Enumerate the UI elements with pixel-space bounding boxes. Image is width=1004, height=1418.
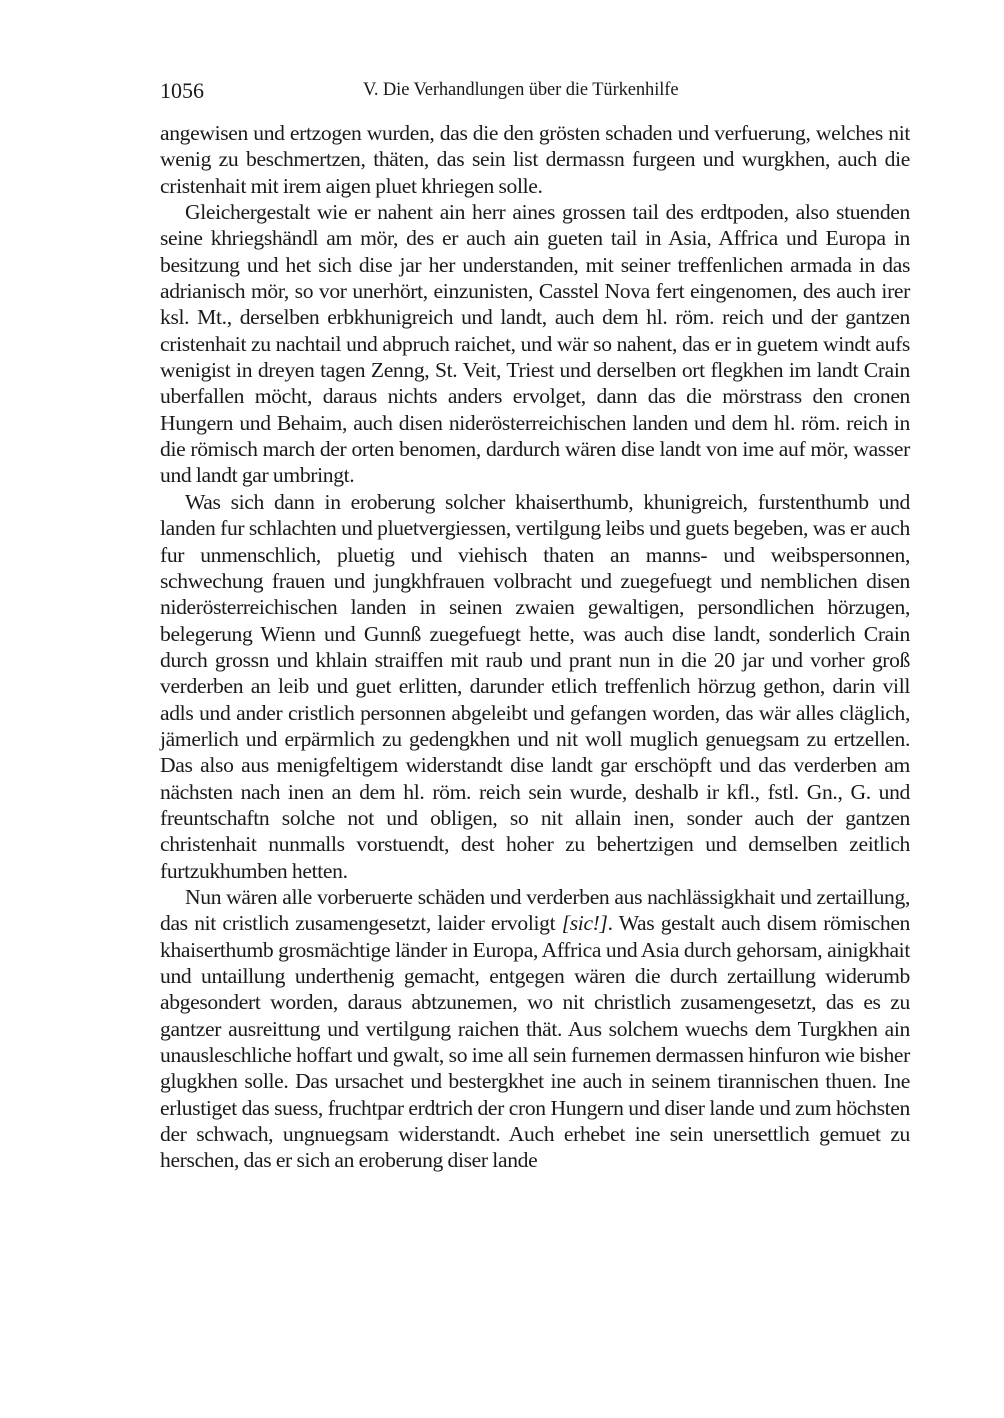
paragraph-text: Was sich dann in eroberung solcher khais… — [160, 490, 910, 883]
paragraph-continued: angewisen und ertzogen wurden, das die d… — [160, 120, 910, 199]
body-text: angewisen und ertzogen wurden, das die d… — [160, 120, 910, 1174]
paragraph: Nun wären alle vorberuerte schäden und v… — [160, 884, 910, 1174]
page-header: 1056 V. Die Verhandlungen über die Türke… — [160, 78, 910, 108]
page-number: 1056 — [160, 78, 204, 104]
editorial-note-sic: [sic!] — [562, 911, 608, 935]
paragraph-text: Gleichergestalt wie er nahent ain herr a… — [160, 200, 910, 487]
paragraph: Was sich dann in eroberung solcher khais… — [160, 489, 910, 884]
paragraph: Gleichergestalt wie er nahent ain herr a… — [160, 199, 910, 489]
paragraph-text: . Was gestalt auch disem römischen khais… — [160, 911, 910, 1172]
running-head: V. Die Verhandlungen über die Türkenhilf… — [363, 80, 678, 101]
paragraph-text: angewisen und ertzogen wurden, das die d… — [160, 121, 910, 198]
